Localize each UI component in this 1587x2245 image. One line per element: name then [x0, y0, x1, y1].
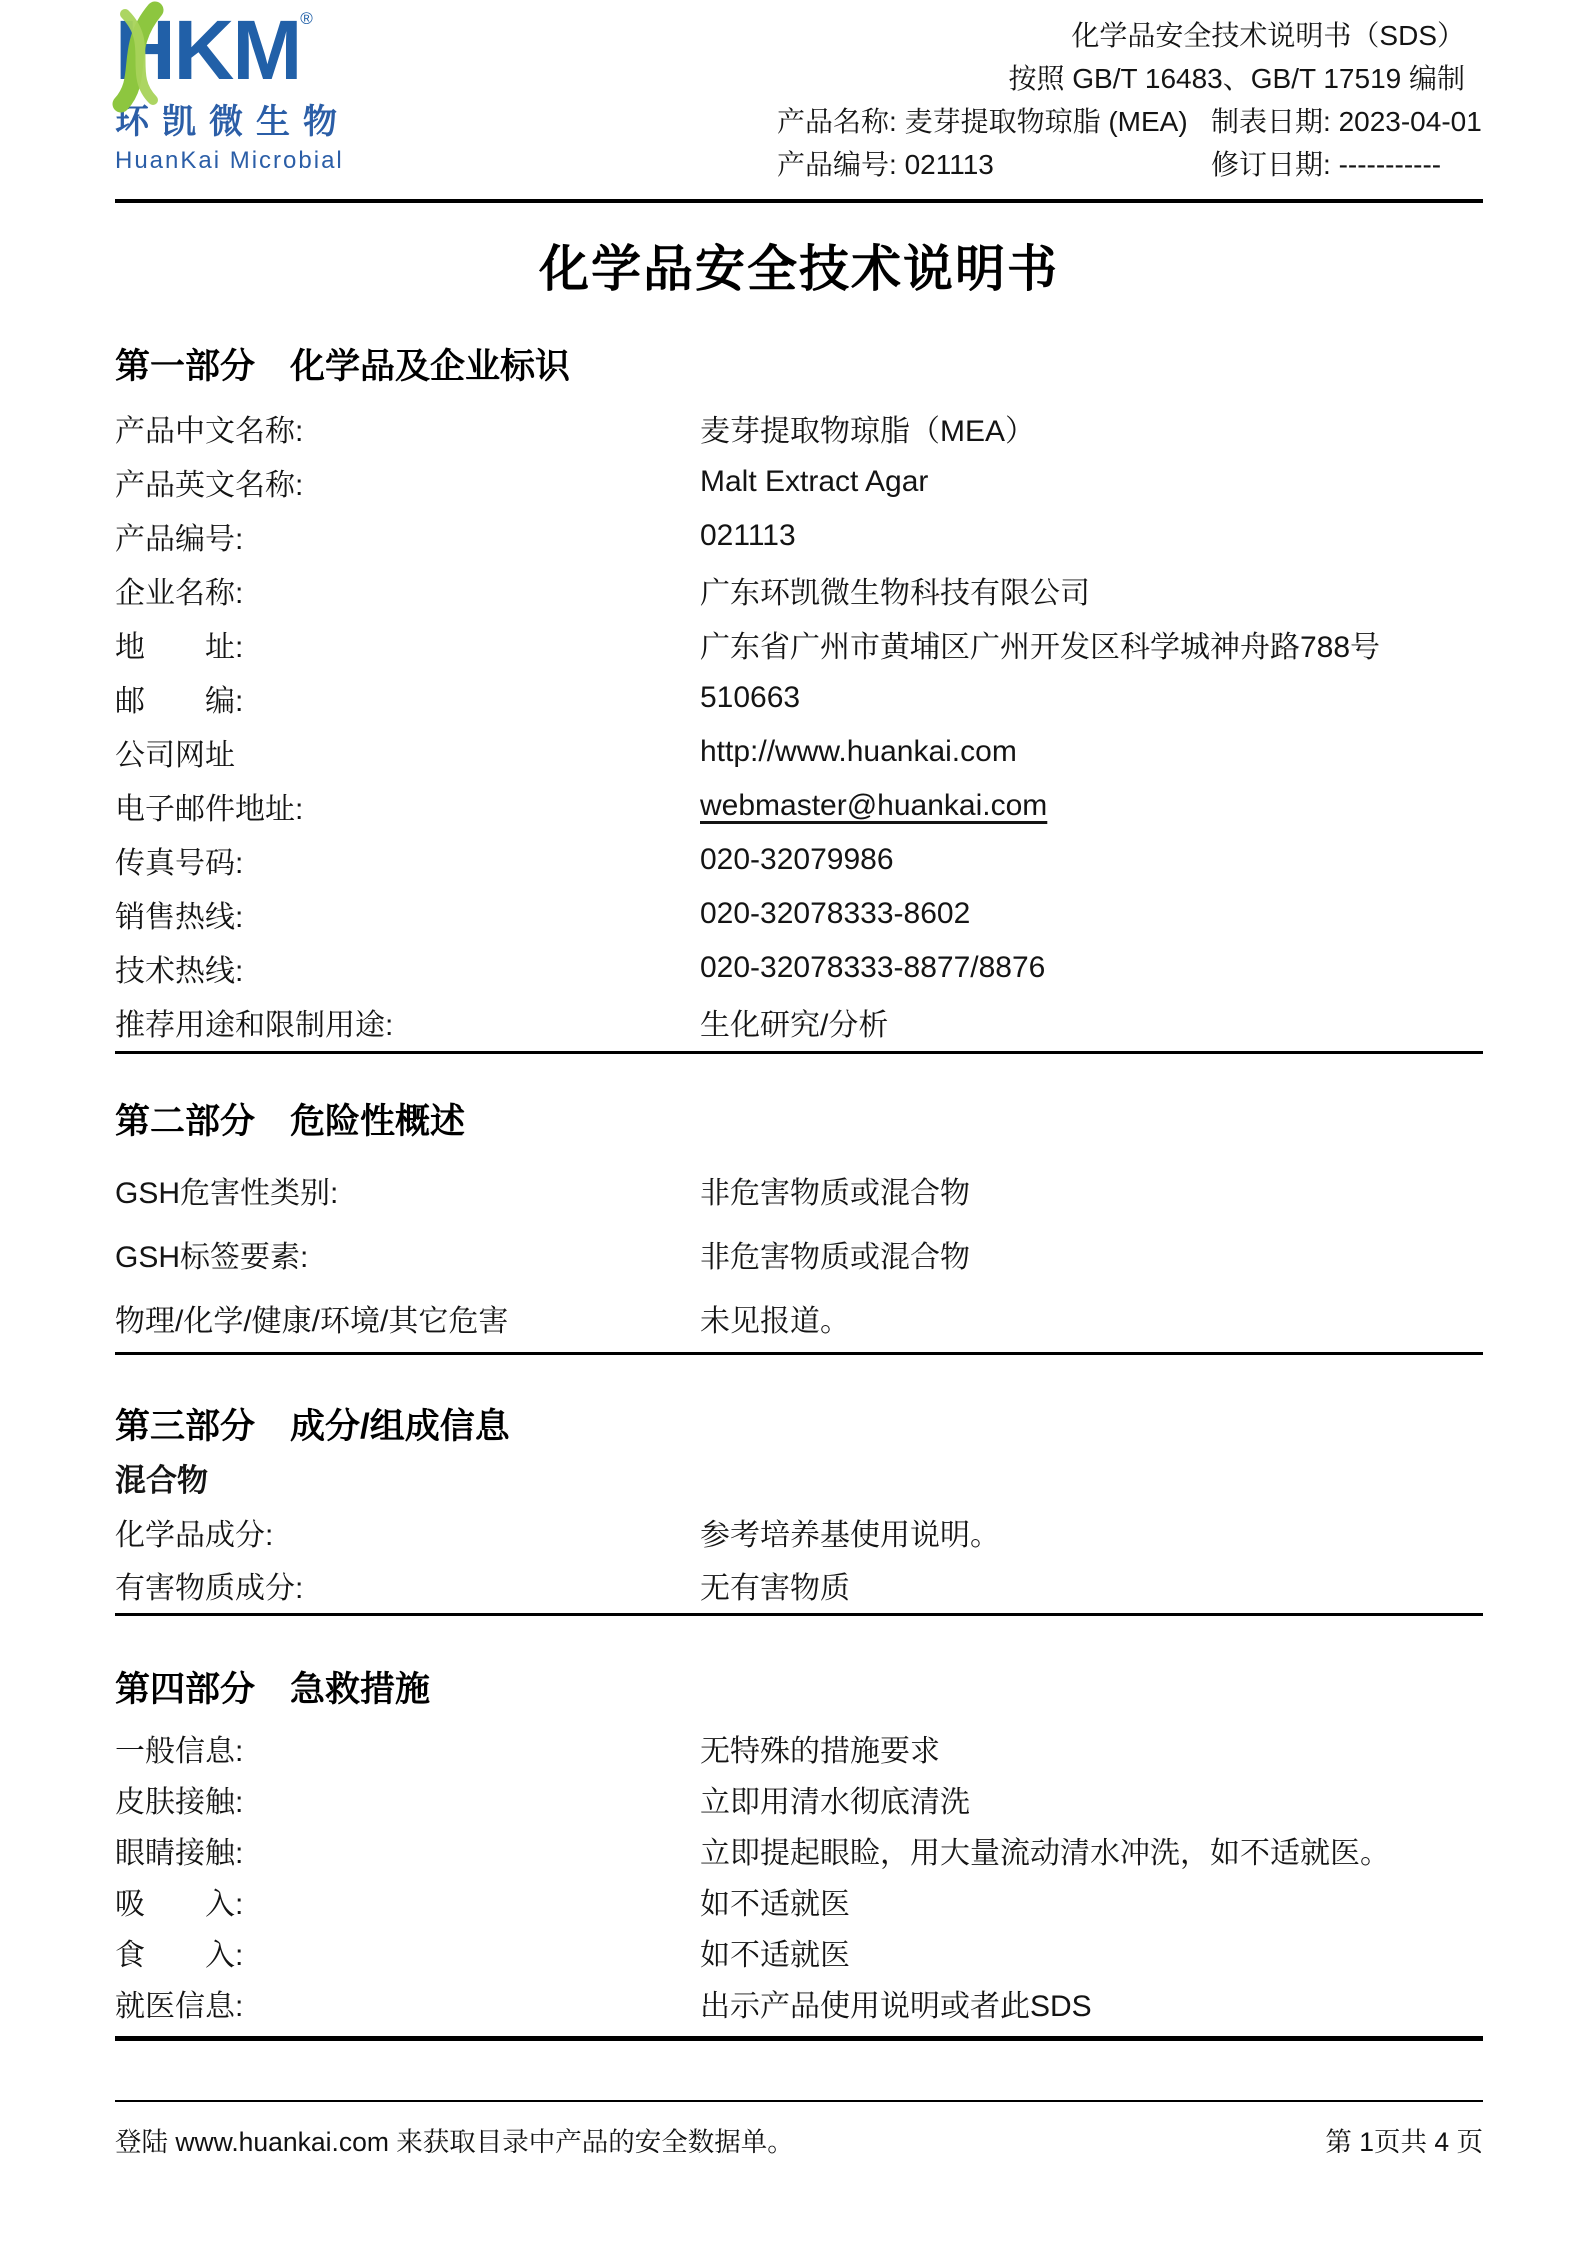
product-code-label: 产品编号: [777, 149, 905, 180]
field-label: 地 址: [115, 622, 700, 666]
field-value: 非危害物质或混合物 [700, 1232, 1483, 1276]
page-footer: 登陆 www.huankai.com 来获取目录中产品的安全数据单。 第 1页共… [115, 2100, 1483, 2159]
field-label: 吸 入: [115, 1879, 700, 1923]
field-value: 无有害物质 [700, 1563, 1483, 1607]
section-divider-thick [115, 2036, 1483, 2041]
logo-english-name: HuanKai Microbial [115, 147, 435, 175]
field-value: 020-32079986 [700, 843, 1483, 877]
field-row: 产品编号:021113 [115, 509, 1483, 563]
field-row: 技术热线:020-32078333-8877/8876 [115, 941, 1483, 995]
section4-heading: 第四部分 急救措施 [115, 1668, 1483, 1712]
field-label: 皮肤接触: [115, 1777, 700, 1821]
field-value: 广东环凯微生物科技有限公司 [700, 568, 1483, 612]
field-value: 立即提起眼睑，用大量流动清水冲洗，如不适就医。 [700, 1828, 1483, 1872]
standard-line: 按照 GB/T 16483、GB/T 17519 编制 [1008, 57, 1483, 100]
field-value: 出示产品使用说明或者此SDS [700, 1981, 1483, 2025]
field-value: 非危害物质或混合物 [700, 1168, 1483, 1212]
registered-trademark-icon: ® [300, 9, 313, 28]
field-value: 020-32078333-8602 [700, 897, 1483, 931]
create-date-cell: 制表日期: 2023-04-01 [1211, 100, 1483, 143]
field-row: 邮 编:510663 [115, 671, 1483, 725]
field-row: 食 入:如不适就医 [115, 1926, 1483, 1977]
field-value: 未见报道。 [700, 1296, 1483, 1340]
section2-rows: GSH危害性类别:非危害物质或混合物 GSH标签要素:非危害物质或混合物 物理/… [115, 1158, 1483, 1350]
section3-subheading: 混合物 [115, 1457, 1483, 1505]
section3-heading: 第三部分 成分/组成信息 [115, 1405, 1483, 1449]
field-row: 化学品成分:参考培养基使用说明。 [115, 1505, 1483, 1558]
section-divider [115, 1051, 1483, 1054]
product-code-value: 021113 [905, 149, 994, 180]
field-row: 公司网址http://www.huankai.com [115, 725, 1483, 779]
website-url: http://www.huankai.com [700, 735, 1483, 769]
field-value: 020-32078333-8877/8876 [700, 951, 1483, 985]
section-divider [115, 1613, 1483, 1616]
field-label: 销售热线: [115, 892, 700, 936]
field-value: 如不适就医 [700, 1879, 1483, 1923]
field-value: 如不适就医 [700, 1930, 1483, 1974]
field-label: 技术热线: [115, 946, 700, 990]
field-label: 物理/化学/健康/环境/其它危害 [115, 1296, 700, 1340]
field-value: 021113 [700, 519, 1483, 553]
field-row: 产品中文名称:麦芽提取物琼脂（MEA） [115, 401, 1483, 455]
logo-chinese-name: 环凯微生物 [115, 94, 435, 143]
product-name-cell: 产品名称: 麦芽提取物琼脂 (MEA) [777, 100, 1211, 143]
field-label: 就医信息: [115, 1981, 700, 2025]
field-row: 推荐用途和限制用途:生化研究/分析 [115, 995, 1483, 1049]
field-row: 传真号码:020-32079986 [115, 833, 1483, 887]
field-value: 510663 [700, 681, 1483, 715]
product-name-row: 产品名称: 麦芽提取物琼脂 (MEA) 制表日期: 2023-04-01 [777, 100, 1483, 143]
field-value: 参考培养基使用说明。 [700, 1510, 1483, 1554]
field-row: 物理/化学/健康/环境/其它危害未见报道。 [115, 1286, 1483, 1350]
section1-rows: 产品中文名称:麦芽提取物琼脂（MEA） 产品英文名称:Malt Extract … [115, 401, 1483, 1049]
field-row: 吸 入:如不适就医 [115, 1875, 1483, 1926]
field-row: 产品英文名称:Malt Extract Agar [115, 455, 1483, 509]
field-label: 一般信息: [115, 1726, 700, 1770]
create-date-value: 2023-04-01 [1339, 106, 1482, 137]
email-link[interactable]: webmaster@huankai.com [700, 789, 1483, 823]
product-code-cell: 产品编号: 021113 [777, 143, 1211, 186]
field-value: Malt Extract Agar [700, 465, 1483, 499]
field-row: 销售热线:020-32078333-8602 [115, 887, 1483, 941]
section3-rows: 化学品成分:参考培养基使用说明。 有害物质成分:无有害物质 [115, 1505, 1483, 1611]
field-row: 电子邮件地址:webmaster@huankai.com [115, 779, 1483, 833]
page-title: 化学品安全技术说明书 [115, 229, 1483, 301]
doc-type-line: 化学品安全技术说明书（SDS） [1071, 14, 1483, 57]
field-label: 产品编号: [115, 514, 700, 558]
field-value: 生化研究/分析 [700, 1000, 1483, 1044]
page-number: 第 1页共 4 页 [1325, 2120, 1483, 2159]
field-value: 广东省广州市黄埔区广州开发区科学城神舟路788号 [700, 622, 1483, 666]
field-value: 立即用清水彻底清洗 [700, 1777, 1483, 1821]
company-logo: HKM® 环凯微生物 HuanKai Microbial [115, 8, 435, 175]
field-row: GSH危害性类别:非危害物质或混合物 [115, 1158, 1483, 1222]
section2-heading: 第二部分 危险性概述 [115, 1100, 1483, 1144]
field-row: GSH标签要素:非危害物质或混合物 [115, 1222, 1483, 1286]
field-label: 企业名称: [115, 568, 700, 612]
field-row: 一般信息:无特殊的措施要求 [115, 1722, 1483, 1773]
field-label: GSH标签要素: [115, 1232, 700, 1276]
revision-date-value: ----------- [1339, 149, 1442, 180]
field-label: 电子邮件地址: [115, 784, 700, 828]
create-date-label: 制表日期: [1211, 106, 1339, 137]
section1-heading: 第一部分 化学品及企业标识 [115, 345, 1483, 389]
section-divider [115, 1352, 1483, 1355]
field-value: 无特殊的措施要求 [700, 1726, 1483, 1770]
field-label: 化学品成分: [115, 1510, 700, 1554]
logo-brand-text: HKM [115, 3, 300, 97]
field-value: 麦芽提取物琼脂（MEA） [700, 406, 1483, 450]
section4-rows: 一般信息:无特殊的措施要求 皮肤接触:立即用清水彻底清洗 眼睛接触:立即提起眼睑… [115, 1722, 1483, 2028]
field-label: 产品中文名称: [115, 406, 700, 450]
revision-date-cell: 修订日期: ----------- [1211, 143, 1483, 186]
logo-mark: HKM® [115, 8, 435, 92]
field-label: 邮 编: [115, 676, 700, 720]
field-row: 有害物质成分:无有害物质 [115, 1558, 1483, 1611]
field-label: 有害物质成分: [115, 1563, 700, 1607]
field-label: 推荐用途和限制用途: [115, 1000, 700, 1044]
field-row: 眼睛接触:立即提起眼睑，用大量流动清水冲洗，如不适就医。 [115, 1824, 1483, 1875]
field-label: 食 入: [115, 1930, 700, 1974]
product-name-label: 产品名称: [777, 106, 905, 137]
field-label: 产品英文名称: [115, 460, 700, 504]
field-label: GSH危害性类别: [115, 1168, 700, 1212]
header-meta-block: 化学品安全技术说明书（SDS） 按照 GB/T 16483、GB/T 17519… [777, 8, 1483, 186]
document-header: HKM® 环凯微生物 HuanKai Microbial 化学品安全技术说明书（… [115, 0, 1483, 203]
field-row: 企业名称:广东环凯微生物科技有限公司 [115, 563, 1483, 617]
field-label: 传真号码: [115, 838, 700, 882]
sds-document-page: HKM® 环凯微生物 HuanKai Microbial 化学品安全技术说明书（… [0, 0, 1587, 2245]
field-row: 皮肤接触:立即用清水彻底清洗 [115, 1773, 1483, 1824]
field-row: 就医信息:出示产品使用说明或者此SDS [115, 1977, 1483, 2028]
field-label: 眼睛接触: [115, 1828, 700, 1872]
product-name-value: 麦芽提取物琼脂 (MEA) [905, 106, 1188, 137]
field-label: 公司网址 [115, 730, 700, 774]
product-code-row: 产品编号: 021113 修订日期: ----------- [777, 143, 1483, 186]
revision-date-label: 修订日期: [1211, 149, 1339, 180]
field-row: 地 址:广东省广州市黄埔区广州开发区科学城神舟路788号 [115, 617, 1483, 671]
footer-note: 登陆 www.huankai.com 来获取目录中产品的安全数据单。 [115, 2120, 794, 2159]
footer-divider [115, 2100, 1483, 2102]
